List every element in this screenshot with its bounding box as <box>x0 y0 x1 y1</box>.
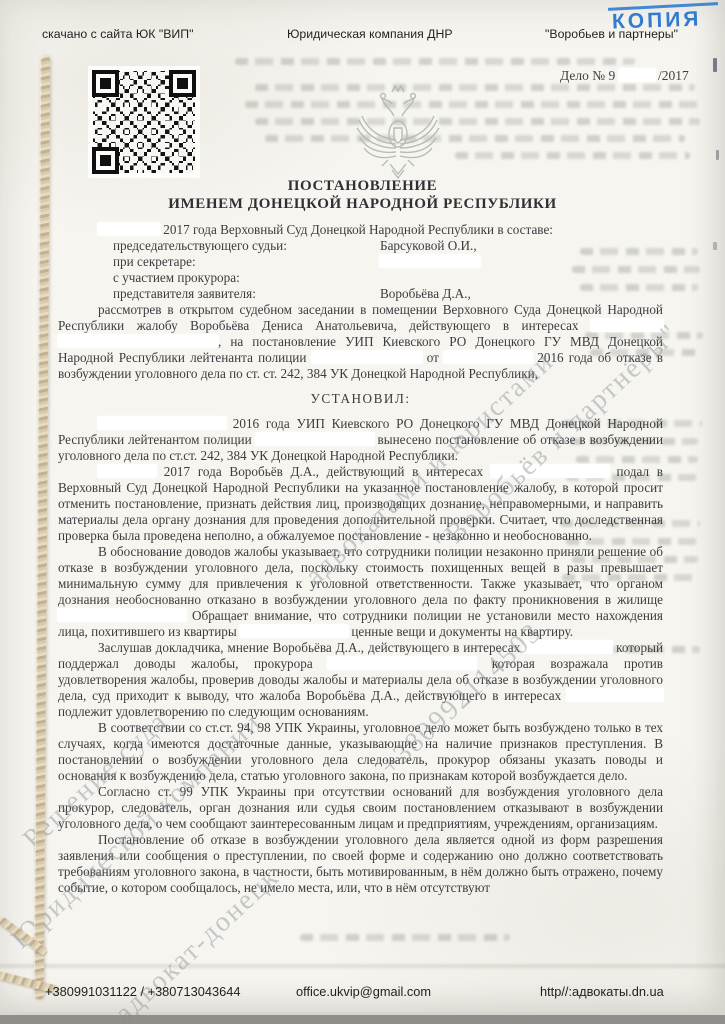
header-note-center: Юридическая компания ДНР <box>287 27 453 41</box>
redaction-box <box>98 417 226 429</box>
bleed-through-line <box>255 84 695 91</box>
redaction-box <box>444 351 532 363</box>
edge-mark <box>716 150 719 160</box>
qr-finder-icon <box>92 147 119 174</box>
composition-label: при секретаре: <box>113 254 380 270</box>
footer-website: http//:адвокаты.dn.ua <box>540 984 664 999</box>
case-number-line: Дело № 9 /2017 <box>560 68 689 84</box>
composition-label: представителя заявителя: <box>113 286 380 302</box>
qr-finder-icon <box>92 70 119 97</box>
composition-label: председательствующего судьи: <box>113 238 380 254</box>
redaction-box <box>380 255 480 267</box>
pre-heading-paragraphs: рассмотрев в открытом судебном заседании… <box>58 302 663 382</box>
composition-row: при секретаре: <box>58 254 663 270</box>
composition-row: с участием прокурора: <box>58 270 663 286</box>
case-number-prefix: Дело № 9 <box>560 68 615 83</box>
document-title-line1: ПОСТАНОВЛЕНИЕ <box>0 178 725 195</box>
composition-value: Барсуковой О.И., <box>380 238 477 253</box>
redaction-box <box>58 335 218 347</box>
bleed-through-line <box>235 58 635 65</box>
bleed-through-line <box>255 118 700 125</box>
bleed-through-line <box>245 101 700 108</box>
composition-row: председательствующего судьи:Барсуковой О… <box>58 238 663 254</box>
redaction-box <box>567 689 663 701</box>
bleed-through-line <box>455 152 690 159</box>
bleed-through-line <box>265 135 685 142</box>
dnr-coat-of-arms-icon <box>350 82 446 189</box>
court-composition: председательствующего судьи:Барсуковой О… <box>58 238 663 302</box>
redaction-box <box>328 657 476 669</box>
copy-stamp: КОПИЯ <box>612 7 702 34</box>
composition-row: представителя заявителя:Воробьёва Д.А., <box>58 286 663 302</box>
document-title-line2: ИМЕНЕМ ДОНЕЦКОЙ НАРОДНОЙ РЕСПУБЛИКИ <box>0 196 725 213</box>
redaction-box <box>98 465 156 477</box>
case-number-suffix: /2017 <box>658 68 689 83</box>
scanned-court-document: { "header": { "left_note": "скачано с са… <box>0 0 725 1024</box>
paragraph-court-intro: 2017 года Верховный Суд Донецкой Народно… <box>58 222 663 238</box>
bleed-through-line <box>300 934 510 941</box>
paragraph-reviewed: рассмотрев в открытом судебном заседании… <box>58 302 663 382</box>
composition-label: с участием прокурора: <box>113 270 380 286</box>
qr-code <box>88 66 200 178</box>
qr-finder-icon <box>169 70 196 97</box>
redaction-box <box>619 69 655 81</box>
edge-mark <box>713 58 717 72</box>
footer-phones: +380991031122 / +380713043644 <box>45 984 240 999</box>
redaction-box <box>98 223 160 235</box>
scan-bottom-edge <box>0 1012 725 1024</box>
redaction-box <box>256 433 374 445</box>
footer-email: office.ukvip@gmail.com <box>296 984 431 999</box>
header-note-left: скачано с сайта ЮК "ВИП" <box>42 27 193 41</box>
redaction-box <box>312 351 422 363</box>
redaction-box <box>58 609 186 621</box>
fold-crease <box>0 962 725 970</box>
edge-mark <box>713 242 717 250</box>
composition-value: Воробьёва Д.А., <box>380 286 471 301</box>
